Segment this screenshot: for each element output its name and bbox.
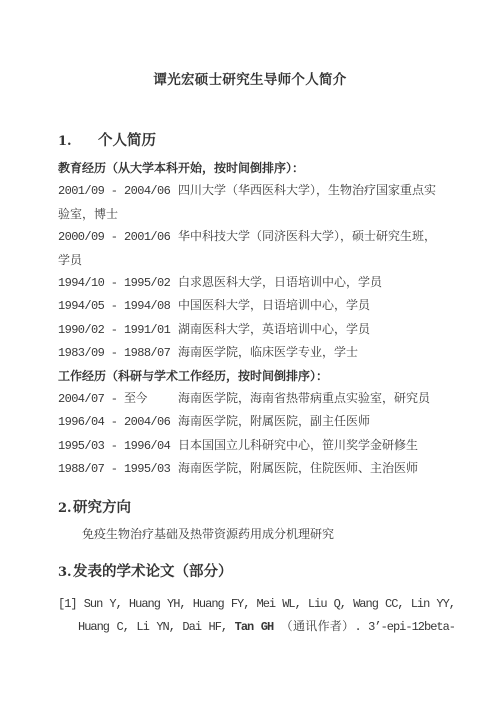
- entry-date: 1994/10 - 1995/02: [58, 272, 178, 294]
- entry-text: 日本国国立儿科研究中心，笹川奖学金研修生: [178, 438, 418, 452]
- entry-text: 中国医科大学，日语培训中心，学员: [178, 298, 370, 312]
- education-entry-continuation: 验室，博士: [58, 203, 455, 225]
- section-3-number: 3.: [58, 562, 73, 584]
- education-heading: 教育经历（从大学本科开始，按时间倒排序）：: [58, 157, 455, 179]
- section-1-number: 1.: [58, 131, 98, 153]
- entry-date: 1996/04 - 2004/06: [58, 411, 178, 433]
- entry-date: 1988/07 - 1995/03: [58, 458, 178, 480]
- education-entry-line: 1994/05 - 1994/08中国医科大学，日语培训中心，学员: [58, 294, 455, 317]
- research-direction-text: 免疫生物治疗基础及热带资源药用成分机理研究: [58, 523, 455, 545]
- reference-list: [1] Sun Y, Huang YH, Huang FY, Mei WL, L…: [58, 593, 455, 639]
- education-entry-line: 1983/09 - 1988/07海南医学院，临床医学专业，学士: [58, 341, 455, 364]
- reference-authors-continued: Huang C, Li YN, Dai HF,: [78, 620, 235, 634]
- entry-date: 1995/03 - 1996/04: [58, 435, 178, 457]
- section-1-heading: 1.个人简历: [58, 129, 455, 153]
- corresponding-author-name: Tan GH: [235, 620, 274, 634]
- entry-date: 1994/05 - 1994/08: [58, 295, 178, 317]
- education-entry-line: 1994/10 - 1995/02白求恩医科大学，日语培训中心，学员: [58, 271, 455, 294]
- reference-1-line-1: [1] Sun Y, Huang YH, Huang FY, Mei WL, L…: [58, 593, 455, 616]
- reference-authors: Sun Y, Huang YH, Huang FY, Mei WL, Liu Q…: [84, 597, 455, 611]
- work-entry-line: 1988/07 - 1995/03海南医学院，附属医院，住院医师、主治医师: [58, 457, 455, 480]
- education-entry-continuation: 学员: [58, 249, 455, 271]
- education-entry-line: 2000/09 - 2001/06华中科技大学（同济医科大学），硕士研究生班，: [58, 225, 455, 248]
- entry-text: 海南医学院，附属医院，住院医师、主治医师: [178, 461, 418, 475]
- resume-block: 教育经历（从大学本科开始，按时间倒排序）： 2001/09 - 2004/06四…: [58, 157, 455, 481]
- education-entry-line: 2001/09 - 2004/06四川大学（华西医科大学），生物治疗国家重点实: [58, 179, 455, 202]
- education-entry-line: 1990/02 - 1991/01湖南医科大学，英语培训中心，学员: [58, 318, 455, 341]
- work-entry-line: 1996/04 - 2004/06海南医学院，附属医院，副主任医师: [58, 410, 455, 433]
- section-3-heading: 3.发表的学术论文（部分）: [58, 560, 455, 584]
- entry-date: 1990/02 - 1991/01: [58, 319, 178, 341]
- entry-text: 海南医学院，临床医学专业，学士: [178, 345, 358, 359]
- section-2-label: 研究方向: [73, 499, 131, 516]
- entry-date: 1983/09 - 1988/07: [58, 342, 178, 364]
- section-2-number: 2.: [58, 498, 73, 520]
- document-page: 谭光宏硕士研究生导师个人简介 1.个人简历 教育经历（从大学本科开始，按时间倒排…: [0, 0, 500, 707]
- reference-index: [1]: [58, 597, 77, 611]
- section-3-label: 发表的学术论文（部分）: [73, 563, 233, 580]
- entry-date: 2004/07 - 至今: [58, 388, 178, 410]
- entry-date: 2001/09 - 2004/06: [58, 180, 178, 202]
- work-entry-line: 2004/07 - 至今海南医学院，海南省热带病重点实验室，研究员: [58, 387, 455, 410]
- entry-text: 海南医学院，附属医院，副主任医师: [178, 414, 370, 428]
- entry-text: 海南医学院，海南省热带病重点实验室，研究员: [178, 391, 430, 405]
- entry-text: 白求恩医科大学，日语培训中心，学员: [178, 275, 382, 289]
- section-2-heading: 2.研究方向: [58, 496, 455, 520]
- section-1-label: 个人简历: [98, 132, 156, 149]
- entry-text: 湖南医科大学，英语培训中心，学员: [178, 322, 370, 336]
- document-body: 1.个人简历 教育经历（从大学本科开始，按时间倒排序）： 2001/09 - 2…: [58, 0, 455, 639]
- entry-text: 华中科技大学（同济医科大学），硕士研究生班，: [178, 229, 436, 243]
- entry-date: 2000/09 - 2001/06: [58, 226, 178, 248]
- entry-text: 四川大学（华西医科大学），生物治疗国家重点实: [178, 183, 436, 197]
- work-entry-line: 1995/03 - 1996/04日本国国立儿科研究中心，笹川奖学金研修生: [58, 434, 455, 457]
- reference-title-fragment: （通讯作者）. 3’-epi-12beta-: [273, 620, 455, 634]
- reference-1-line-2: Huang C, Li YN, Dai HF, Tan GH （通讯作者）. 3…: [58, 616, 455, 639]
- work-heading: 工作经历（科研与学术工作经历，按时间倒排序）：: [58, 365, 455, 387]
